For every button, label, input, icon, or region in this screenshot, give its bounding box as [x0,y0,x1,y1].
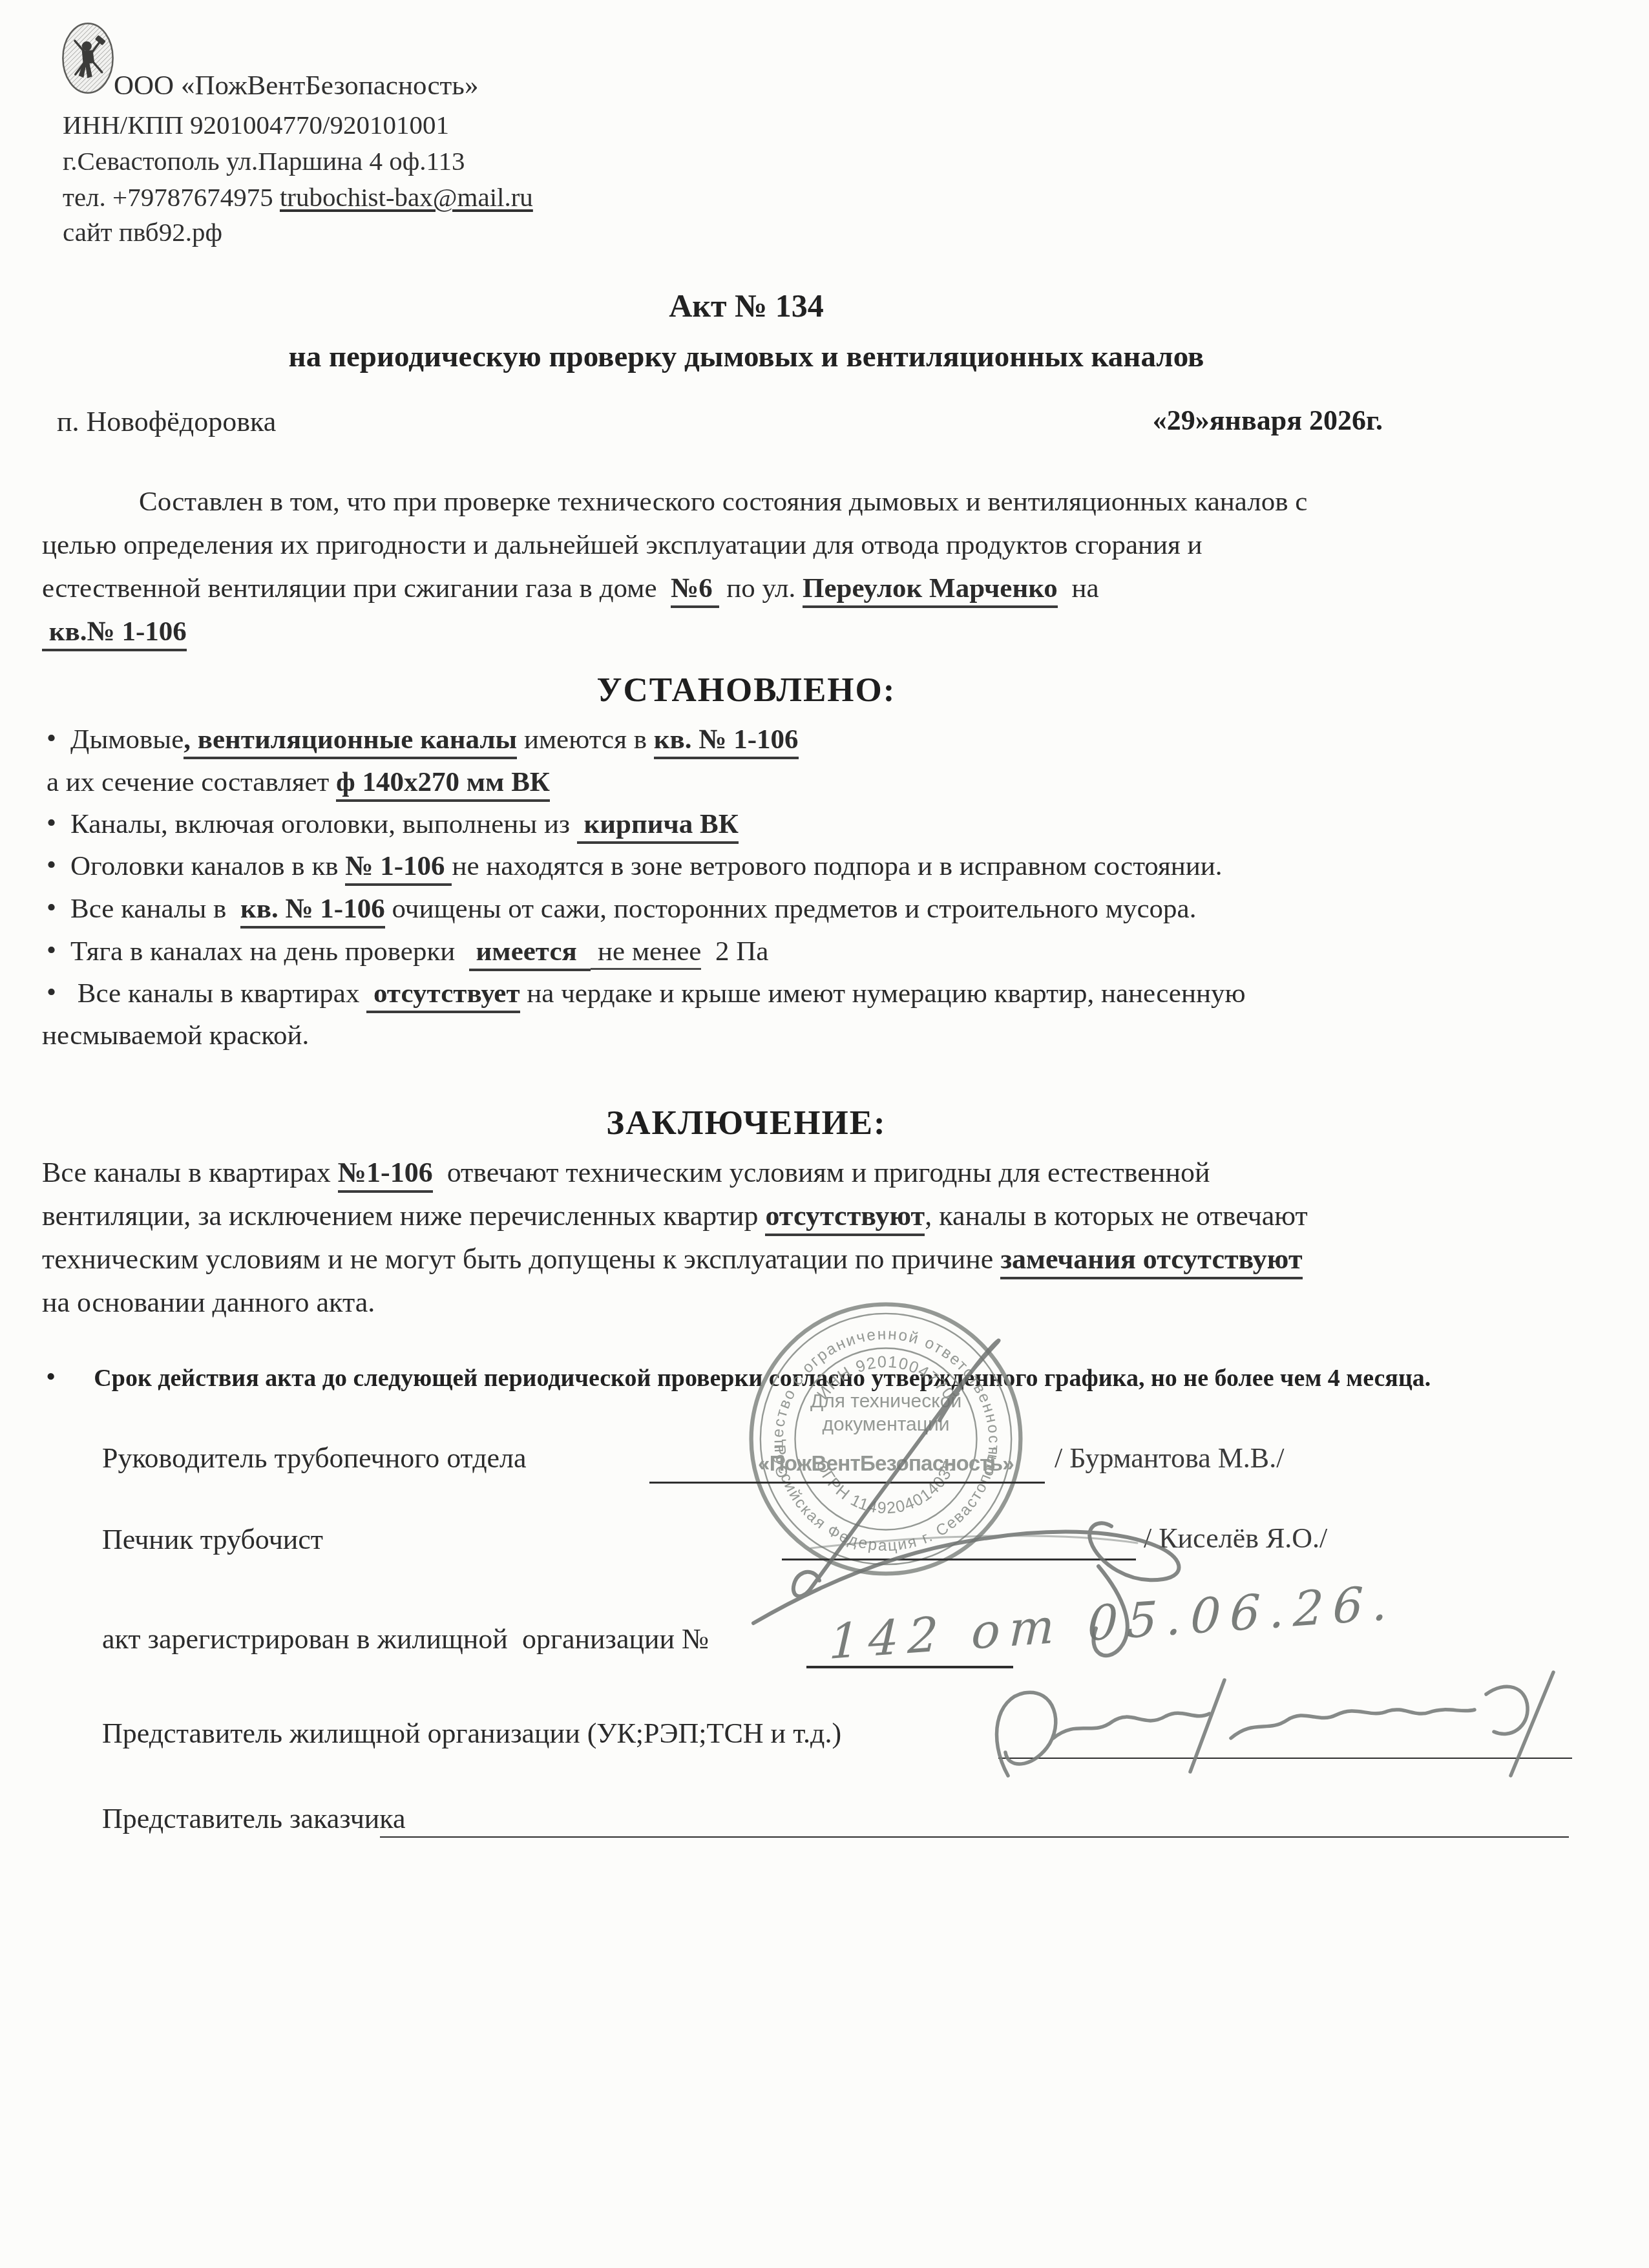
customer-representative-label: Представитель заказчика [102,1803,406,1836]
stamp-company-name: «ПожВентБезопасность» [758,1452,1014,1476]
established-item-6: • Все каналы в квартирах отсутствует на … [47,978,1246,1009]
intro-line-2: целью определения их пригодности и дальн… [42,529,1203,561]
established-heading: УСТАНОВЛЕНО: [42,671,1451,710]
established-item-5: •Тяга в каналах на день проверки имеется… [47,936,768,967]
channel-material-value: кирпича ВК [577,809,739,844]
intro-line-4: кв.№ 1-106 [42,616,187,647]
established-item-1: •Дымовые, вентиляционные каналы имеются … [47,724,799,755]
head-signature-line [649,1482,1045,1484]
head-of-dept-label: Руководитель трубопечного отдела [102,1442,527,1475]
apartments-range: кв.№ 1-106 [42,616,187,651]
company-name: ООО «ПожВентБезопасность» [114,70,478,101]
conclusion-line-4: на основании данного акта. [42,1286,375,1319]
street-name: Переулок Марченко [803,573,1058,608]
stamp-center-line-1: Для технической [810,1391,961,1412]
chimney-sweep-logo-icon [61,19,115,97]
channel-section-value: ф 140х270 мм ВК [336,767,550,802]
conclusion-line-2: вентиляции, за исключением ниже перечисл… [42,1200,1308,1233]
no-remarks-value: замечания отсутствуют [1000,1243,1302,1279]
act-date: «29»января 2026г. [1153,404,1383,437]
intro-line-3: естественной вентиляции при сжигании газ… [42,572,1098,604]
validity-term-note: •Срок действия акта до следующей периоди… [47,1365,1431,1393]
scanned-act-document: ООО «ПожВентБезопасность» ИНН/КПП 920100… [0,0,1649,2268]
company-phone: тел. +79787674975 [63,182,280,212]
conclusion-heading: ЗАКЛЮЧЕНИЕ: [42,1104,1451,1143]
act-title: Акт № 134 [42,288,1451,325]
company-round-stamp: Общество с ограниченной ответственностью… [743,1296,1029,1582]
established-item-4: •Все каналы в кв. № 1-106 очищены от саж… [47,893,1196,925]
draft-present-value: имеется [469,936,591,971]
act-place: п. Новофёдоровка [57,406,276,439]
company-address: г.Севастополь ул.Паршина 4 оф.113 [63,146,465,176]
company-inn-kpp: ИНН/КПП 9201004770/920101001 [63,110,449,140]
numbering-absent-value: отсутствует [366,978,520,1013]
head-name: / Бурмантова М.В./ [1055,1442,1284,1475]
company-site: сайт пвб92.рф [63,217,222,247]
chimney-sweep-label: Печник трубочист [102,1524,323,1557]
established-item-2: •Каналы, включая оголовки, выполнены из … [47,808,739,840]
sweep-signature-line [782,1559,1136,1560]
company-phone-row: тел. +79787674975 trubochist-bax@mail.ru [63,182,533,213]
conclusion-line-3: техническим условиям и не могут быть доп… [42,1243,1303,1276]
housing-org-representative-label: Представитель жилищной организации (УК;Р… [102,1717,841,1750]
registration-label: акт зарегистрирован в жилищной организац… [102,1623,709,1656]
established-item-3: •Оголовки каналов в кв № 1-106 не находя… [47,850,1223,882]
house-number: №6 [671,573,719,608]
customer-signature-line [380,1836,1569,1838]
established-item-1b: а их сечение составляет ф 140х270 мм ВК [47,766,550,798]
housing-org-signature-line [998,1758,1572,1759]
company-email: trubochist-bax@mail.ru [280,182,533,212]
stamp-center-line-2: документации [823,1414,950,1435]
conclusion-line-1: Все каналы в квартирах №1-106 отвечают т… [42,1157,1210,1190]
registration-number-handwritten: 142 от 05.06.26. [828,1575,1398,1670]
sweep-name: / Киселёв Я.О./ [1144,1522,1327,1555]
intro-line-1: Составлен в том, что при проверке технич… [139,486,1307,518]
act-subject: на периодическую проверку дымовых и вент… [42,339,1451,374]
established-item-6b: несмываемой краской. [42,1020,309,1051]
